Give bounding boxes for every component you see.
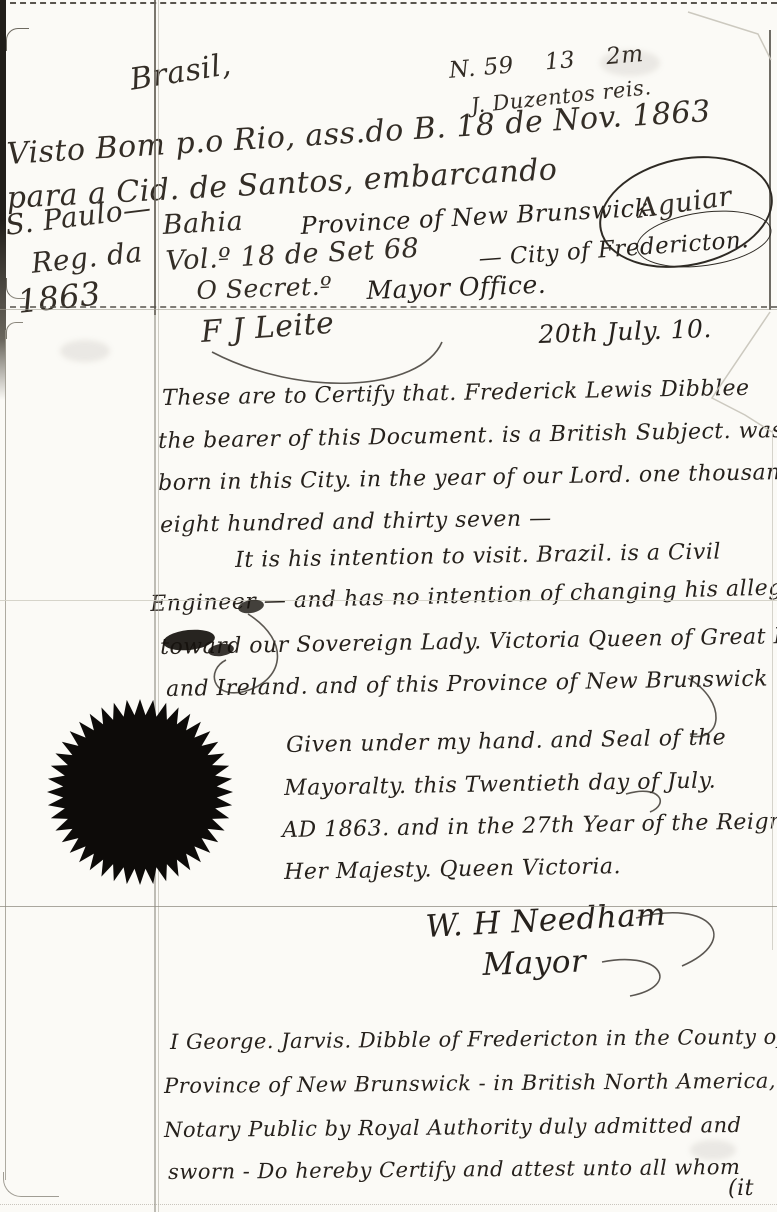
torn-edge-top-right [688,12,771,60]
seal-starburst-icon [47,699,233,885]
seal-star-shape [47,699,233,885]
scanned-document-page: Brasil, N. 59 13 2m J. Duzentos reis. Vi… [0,0,777,1212]
needham-flourish-stroke [636,913,714,966]
mayor-flourish-stroke [602,960,660,996]
province-flourish-stroke [688,678,716,737]
mayoralty-seal [47,699,233,885]
leite-flourish-stroke [212,342,442,383]
torn-edge-right-notch [712,312,772,432]
july-flourish-stroke [626,791,660,812]
